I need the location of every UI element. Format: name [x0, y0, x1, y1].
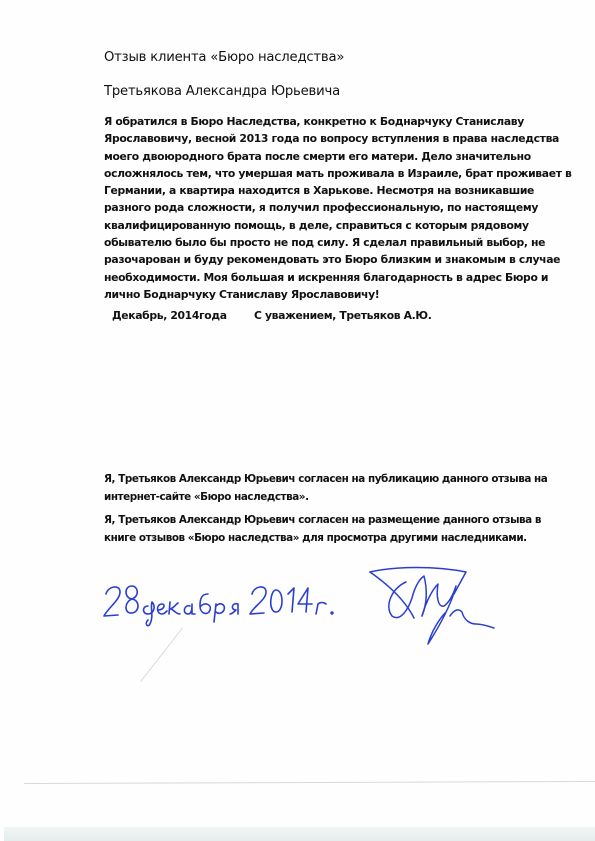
scan-edge: [4, 827, 595, 841]
body-line: Германии, а квартира находится в Харьков…: [104, 182, 574, 199]
signature: [366, 562, 496, 648]
paper-crease: [140, 628, 183, 682]
consent-line: интернет-сайте «Бюро наследства».: [104, 488, 574, 506]
closing-date: Декабрь, 2014года: [112, 309, 227, 322]
body-line: Ярославовичу, весной 2013 года по вопрос…: [104, 130, 574, 147]
body-line: необходимости. Моя большая и искренняя б…: [104, 269, 574, 286]
document-title: Отзыв клиента «Бюро наследства»: [104, 50, 344, 65]
scan-artifact-line: [24, 781, 595, 784]
consent-review-book: Я, Третьяков Александр Юрьевич согласен …: [104, 511, 574, 547]
body-line: моего двоюродного брата после смерти его…: [104, 148, 574, 165]
body-line: разочарован и буду рекомендовать это Бюр…: [104, 251, 574, 268]
consent-line: Я, Третьяков Александр Юрьевич согласен …: [104, 511, 574, 529]
body-line: разного рода сложности, я получил профес…: [104, 199, 574, 216]
review-body: Я обратился в Бюро Наследства, конкретно…: [104, 113, 574, 303]
body-line: Я обратился в Бюро Наследства, конкретно…: [104, 113, 574, 130]
body-line: обывателю было бы просто не под силу. Я …: [104, 234, 574, 251]
body-line: осложнялось тем, что умершая мать прожив…: [104, 165, 574, 182]
handwritten-date: 28 декабря 2014 г.: [100, 572, 340, 628]
consent-publication: Я, Третьяков Александр Юрьевич согласен …: [104, 470, 574, 506]
author-heading: Третьякова Александра Юрьевича: [104, 84, 340, 99]
body-line: лично Боднарчуку Станиславу Ярославовичу…: [104, 286, 574, 303]
body-line: квалифицированную помощь, в деле, справи…: [104, 217, 574, 234]
closing-signoff: С уважением, Третьяков А.Ю.: [254, 309, 432, 322]
consent-line: книге отзывов «Бюро наследства» для прос…: [104, 529, 574, 547]
scanned-page: Отзыв клиента «Бюро наследства» Третьяко…: [0, 0, 595, 841]
consent-line: Я, Третьяков Александр Юрьевич согласен …: [104, 470, 574, 488]
